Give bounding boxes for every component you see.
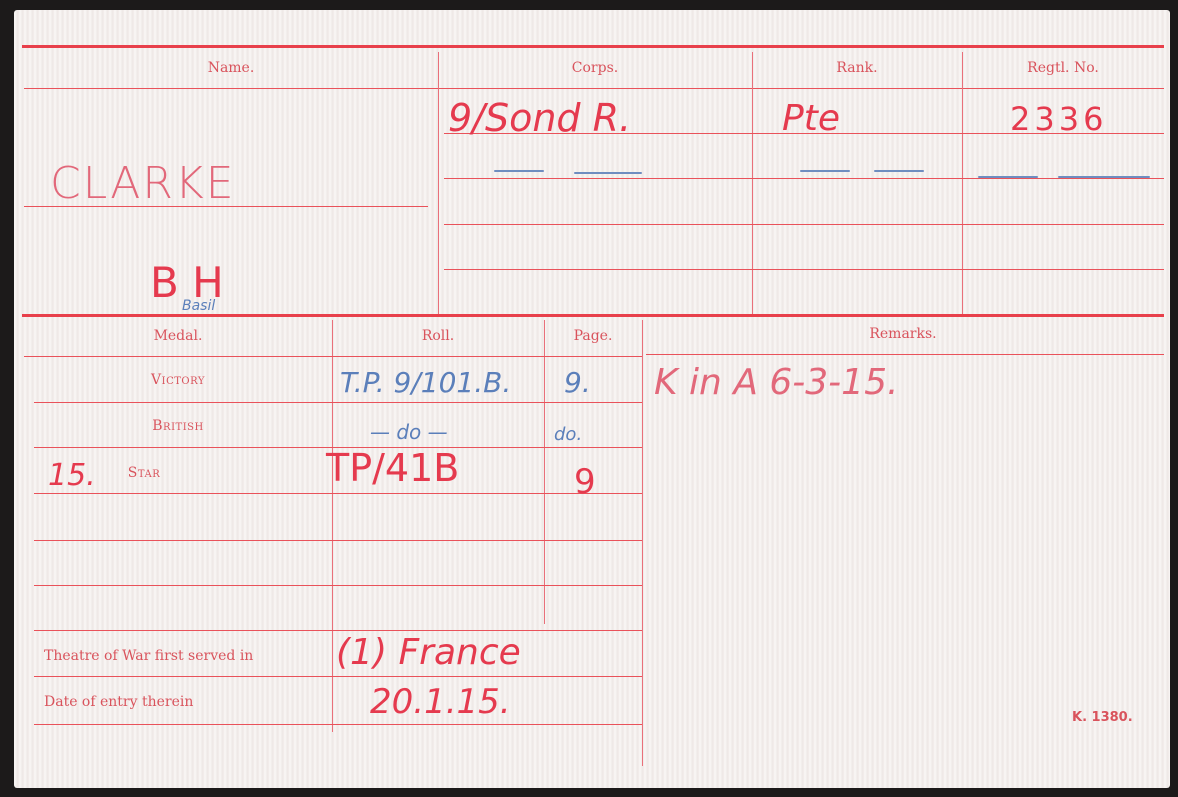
row-line — [444, 178, 1164, 179]
row-line — [34, 493, 642, 494]
row-line — [34, 676, 642, 677]
theatre-label: Theatre of War first served in — [44, 648, 253, 664]
row-line — [34, 630, 642, 631]
corps-label: Corps. — [438, 60, 752, 76]
section-divider-line — [22, 314, 1164, 317]
column-divider — [332, 320, 333, 732]
blank-dash — [494, 170, 544, 172]
star-prefix: 15. — [48, 458, 96, 493]
regt-no-label: Regtl. No. — [962, 60, 1164, 76]
page-victory: 9. — [564, 366, 591, 399]
regt-no-value: 2336 — [1010, 100, 1107, 138]
row-line — [34, 724, 642, 725]
row-line — [24, 356, 642, 357]
rank-value: Pte — [782, 98, 840, 139]
blank-dash — [874, 170, 924, 172]
column-divider — [752, 52, 753, 314]
row-line — [34, 402, 642, 403]
medal-row-victory: Victory — [24, 372, 332, 388]
roll-victory: T.P. 9/101.B. — [340, 366, 511, 399]
name-label: Name. — [24, 60, 438, 76]
top-border-line — [22, 45, 1164, 48]
column-divider — [962, 52, 963, 314]
roll-british: — do — — [370, 420, 448, 444]
corps-value: 9/Sond R. — [448, 96, 631, 140]
medal-row-british: British — [24, 418, 332, 434]
page-star: 9 — [574, 462, 596, 502]
date-entry-label: Date of entry therein — [44, 694, 193, 710]
row-line — [34, 540, 642, 541]
roll-star: TP/41B — [326, 446, 459, 490]
column-divider — [438, 52, 439, 314]
forename-annotation: Basil — [182, 298, 215, 314]
medal-label: Medal. — [24, 328, 332, 344]
form-number: K. 1380. — [1072, 710, 1133, 725]
header-underline — [24, 88, 1164, 89]
date-entry-value: 20.1.15. — [370, 682, 511, 722]
remarks-value: K in A 6-3-15. — [654, 362, 898, 403]
column-divider — [642, 320, 643, 766]
rank-label: Rank. — [752, 60, 962, 76]
row-line — [646, 354, 1164, 355]
row-line — [34, 585, 642, 586]
surname-value: CLARKE — [50, 158, 236, 209]
blank-dash — [800, 170, 850, 172]
theatre-value: (1) France — [336, 632, 521, 673]
medal-row-star: Star — [84, 465, 204, 481]
blank-dash — [1058, 176, 1150, 178]
page-label: Page. — [544, 328, 642, 344]
row-line — [444, 224, 1164, 225]
page-british: do. — [554, 424, 582, 445]
blank-dash — [978, 176, 1038, 178]
medal-index-card: Name. Corps. Rank. Regtl. No. CLARKE B H… — [14, 10, 1170, 788]
remarks-label: Remarks. — [642, 326, 1164, 342]
row-line — [444, 269, 1164, 270]
blank-dash — [574, 172, 642, 174]
roll-label: Roll. — [332, 328, 544, 344]
column-divider — [544, 320, 545, 624]
